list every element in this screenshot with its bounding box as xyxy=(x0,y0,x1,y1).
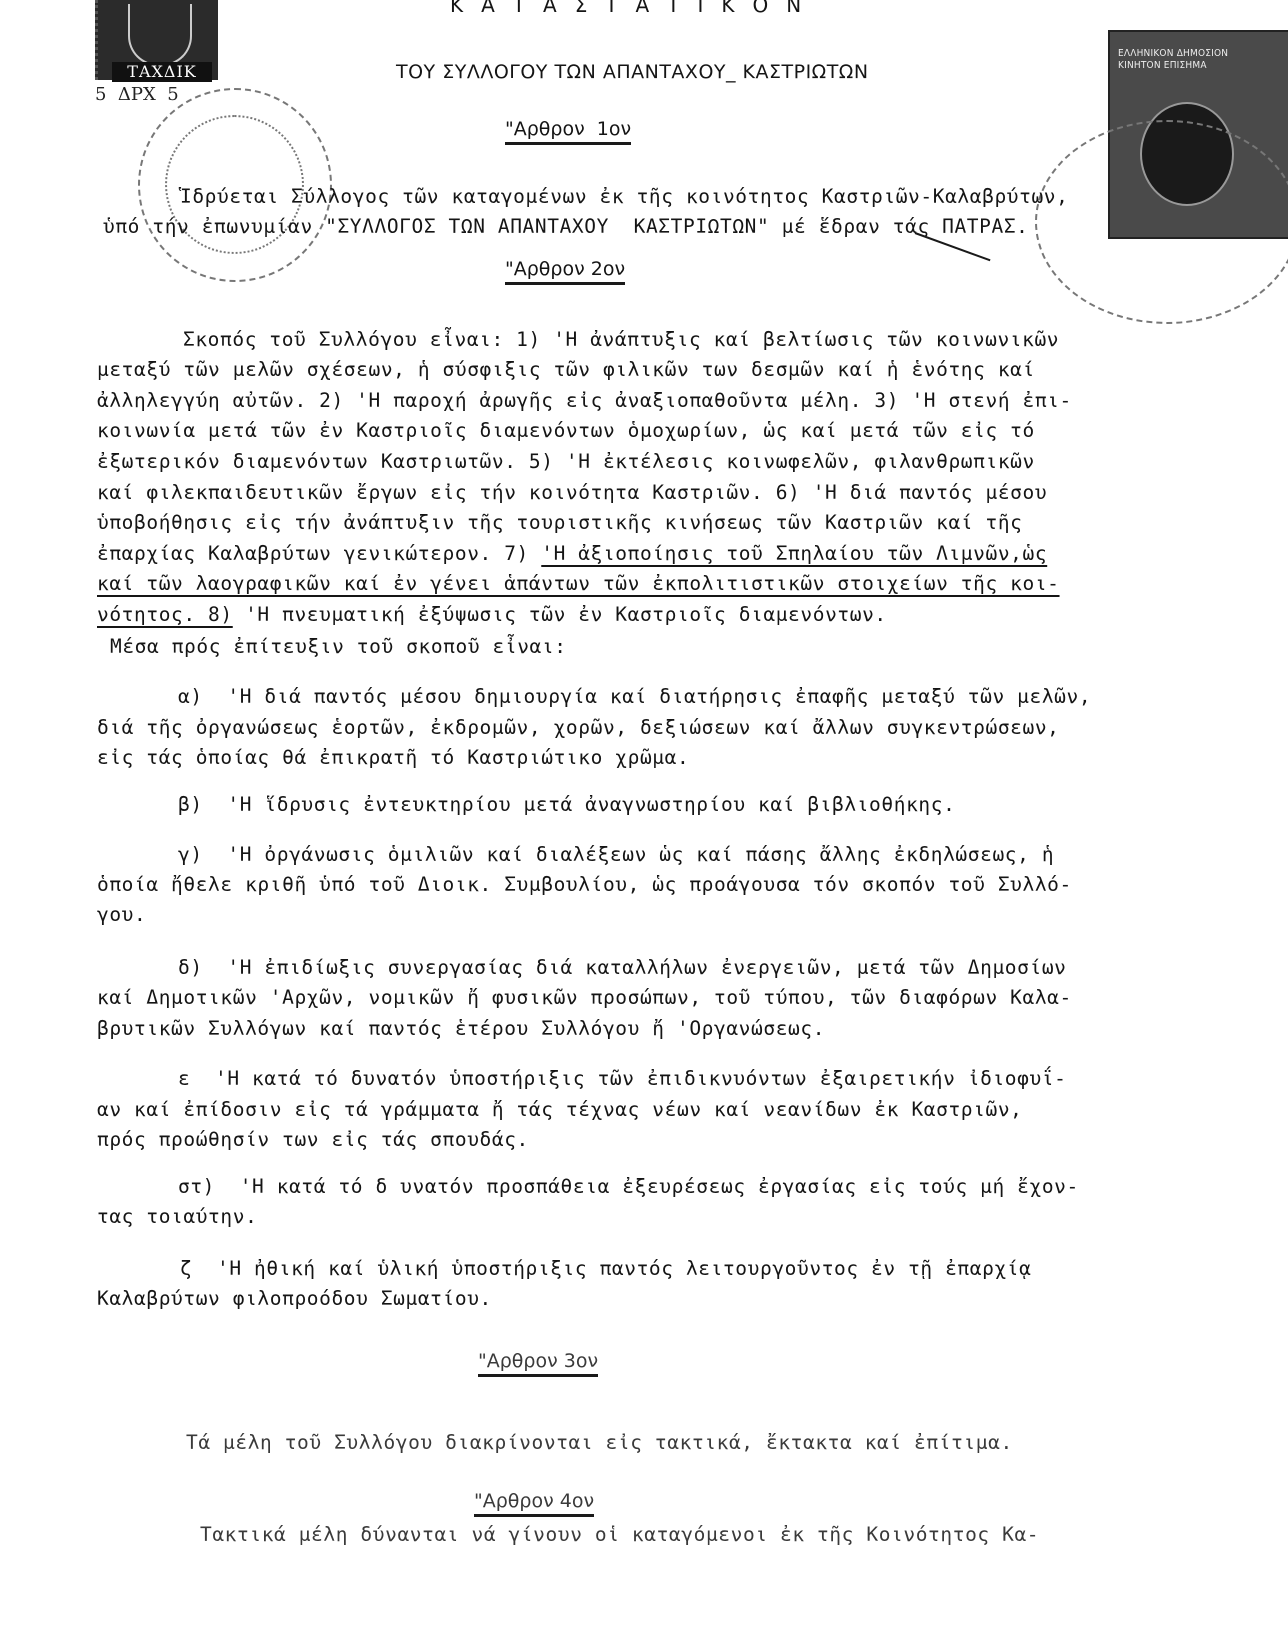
article-3-line-1: Τά μέλη τοῦ Συλλόγου διακρίνονται εἰς τα… xyxy=(186,1430,1013,1456)
means-g-line-1: ζ 'Η ἠθική καί ὑλική ὑποστήριξις παντός … xyxy=(180,1256,1031,1282)
article-2-line-10-rest: 'Η πνευματική ἐξύψωσις τῶν ἐν Καστριοῖς … xyxy=(233,603,887,626)
article-2-line-3: ἀλληλεγγύη αὐτῶν. 2) 'Η παροχή ἀρωγῆς εἰ… xyxy=(97,388,1072,414)
article-1-line-2: ὑπό τήν ἐπωνυμίαν "ΣΥΛΛΟΓΟΣ ΤΩΝ ΑΠΑΝΤΑΧΟ… xyxy=(103,214,1029,240)
scales-of-justice-icon xyxy=(128,4,192,66)
document-title: ΚΑΤΑΣΤΑΤΙΚΟΝ xyxy=(450,0,819,18)
means-c-marker: γ) xyxy=(178,843,203,866)
means-b-line-1: β) 'Η ἵδρυσις ἐντευκτηρίου μετά ἀναγνωστ… xyxy=(178,792,955,818)
means-a-line-1: α) 'Η διά παντός μέσου δημιουργία καί δι… xyxy=(178,684,1091,710)
article-2-line-8-start: ἐπαρχίας Καλαβρύτων γενικώτερον. 7) xyxy=(97,542,541,565)
stamp-right-label-line2: ΚΙΝΗΤΟΝ ΕΠΙΣΗΜΑ xyxy=(1118,60,1207,71)
article-2-line-10: νότητος. 8) 'Η πνευματική ἐξύψωσις τῶν ἐ… xyxy=(97,602,887,628)
article-2-heading: "Αρθρον 2ον xyxy=(505,258,625,285)
stamp-right-label-line1: ΕΛΛΗΝΙΚΟΝ ΔΗΜΟΣΙΟΝ xyxy=(1118,48,1228,59)
seal-stamp-right xyxy=(1035,120,1288,324)
article-4-line-1: Τακτικά μέλη δύνανται νά γίνουν οἱ καταγ… xyxy=(200,1522,1039,1548)
means-f-text: 'Η κατά τό δ υνατόν προσπάθεια ἐξευρέσεω… xyxy=(240,1175,1079,1198)
means-d-line-2: καί Δημοτικῶν 'Αρχῶν, νομικῶν ἤ φυσικῶν … xyxy=(97,985,1072,1011)
article-3-heading: "Αρθρον 3ον xyxy=(478,1350,598,1377)
article-1-line-1: Ἱδρύεται Σύλλογος τῶν καταγομένων ἐκ τῆς… xyxy=(180,184,1068,210)
means-d-marker: δ) xyxy=(178,956,203,979)
means-a-line-2: διά τῆς ὀργανώσεως ἑορτῶν, ἐκδρομῶν, χορ… xyxy=(97,715,1060,741)
article-2-line-5: ἐξωτερικόν διαμενόντων Καστριωτῶν. 5) 'Η… xyxy=(97,449,1035,475)
article-2-means-intro: Μέσα πρός ἐπίτευξιν τοῦ σκοποῦ εἶναι: xyxy=(110,634,567,660)
document-page: ΤΑΧΔΙΚ 5 ΔΡΧ 5 ΕΛΛΗΝΙΚΟΝ ΔΗΜΟΣΙΟΝ ΚΙΝΗΤΟ… xyxy=(0,0,1288,1634)
means-a-marker: α) xyxy=(178,685,203,708)
stamp-right-label: ΕΛΛΗΝΙΚΟΝ ΔΗΜΟΣΙΟΝ ΚΙΝΗΤΟΝ ΕΠΙΣΗΜΑ xyxy=(1118,48,1288,72)
article-2-line-1: Σκοπός τοῦ Συλλόγου εἶναι: 1) 'Η ἀνάπτυξ… xyxy=(183,327,1059,353)
means-d-line-3: βρυτικῶν Συλλόγων καί παντός ἑτέρου Συλλ… xyxy=(97,1016,825,1042)
means-c-line-3: γου. xyxy=(97,902,146,928)
means-c-text: 'Η ὀργάνωσις ὁμιλιῶν καί διαλέξεων ὡς κα… xyxy=(227,843,1054,866)
means-e-line-3: πρός προώθησίν των εἰς τάς σπουδάς. xyxy=(97,1127,529,1153)
means-e-marker: ε xyxy=(178,1067,190,1090)
means-d-text: 'Η ἐπιδίωξις συνεργασίας διά καταλλήλων … xyxy=(227,956,1066,979)
means-e-line-1: ε 'Η κατά τό δυνατόν ὑποστήριξις τῶν ἐπι… xyxy=(178,1066,1067,1092)
means-c-line-2: ὁποία ἤθελε κριθῆ ὑπό τοῦ Διοικ. Συμβουλ… xyxy=(97,872,1072,898)
means-f-line-1: στ) 'Η κατά τό δ υνατόν προσπάθεια ἐξευρ… xyxy=(178,1174,1079,1200)
stamp-value: 5 ΔΡΧ 5 xyxy=(95,84,179,105)
article-2-underlined-text: 'Η ἀξιοποίησις τοῦ Σπηλαίου τῶν Λιμνῶν,ὡ… xyxy=(541,542,1047,565)
means-b-marker: β) xyxy=(178,793,203,816)
article-2-line-6: καί φιλεκπαιδευτικῶν ἔργων εἰς τήν κοινό… xyxy=(97,480,1047,506)
means-c-line-1: γ) 'Η ὀργάνωσις ὁμιλιῶν καί διαλέξεων ὡς… xyxy=(178,842,1054,868)
article-2-underlined-end: νότητος. 8) xyxy=(97,603,233,626)
means-d-line-1: δ) 'Η ἐπιδίωξις συνεργασίας διά καταλλήλ… xyxy=(178,955,1067,981)
means-a-line-3: εἰς τάς ὁποίας θά ἐπικρατῆ τό Καστριώτικ… xyxy=(97,745,689,771)
means-e-line-2: αν καί ἐπίδοσιν εἰς τά γράμματα ἤ τάς τέ… xyxy=(97,1097,1023,1123)
article-2-line-7: ὑποβοήθησις εἰς τήν ἀνάπτυξιν τῆς τουρισ… xyxy=(97,510,1023,536)
means-a-text: 'Η διά παντός μέσου δημιουργία καί διατή… xyxy=(227,685,1091,708)
article-2-line-8: ἐπαρχίας Καλαβρύτων γενικώτερον. 7) 'Η ἀ… xyxy=(97,541,1047,567)
article-1-heading: "Αρθρον 1ον xyxy=(505,118,631,145)
article-4-heading: "Αρθρον 4ον xyxy=(474,1490,594,1517)
article-2-line-9: καί τῶν λαογραφικῶν καί ἐν γένει ἁπάντων… xyxy=(97,571,1060,597)
means-f-line-2: τας τοιαύτην. xyxy=(97,1204,257,1230)
document-subtitle: ΤΟΥ ΣΥΛΛΟΓΟΥ ΤΩΝ ΑΠΑΝΤΑΧΟΥ_ ΚΑΣΤΡΙΩΤΩΝ xyxy=(396,59,869,85)
means-f-marker: στ) xyxy=(178,1175,215,1198)
means-g-text: 'Η ἠθική καί ὑλική ὑποστήριξις παντός λε… xyxy=(217,1257,1031,1280)
article-2-line-2: μεταξύ τῶν μελῶν σχέσεων, ἡ σύσφιξις τῶν… xyxy=(97,357,1035,383)
means-e-text: 'Η κατά τό δυνατόν ὑποστήριξις τῶν ἐπιδι… xyxy=(215,1067,1066,1090)
stamp-label: ΤΑΧΔΙΚ xyxy=(112,62,212,82)
means-g-line-2: Καλαβρύτων φιλοπροόδου Σωματίου. xyxy=(97,1286,492,1312)
means-b-text: 'Η ἵδρυσις ἐντευκτηρίου μετά ἀναγνωστηρί… xyxy=(227,793,955,816)
article-2-line-4: κοινωνία μετά τῶν ἐν Καστριοῖς διαμενόντ… xyxy=(97,418,1035,444)
means-g-marker: ζ xyxy=(180,1257,192,1280)
